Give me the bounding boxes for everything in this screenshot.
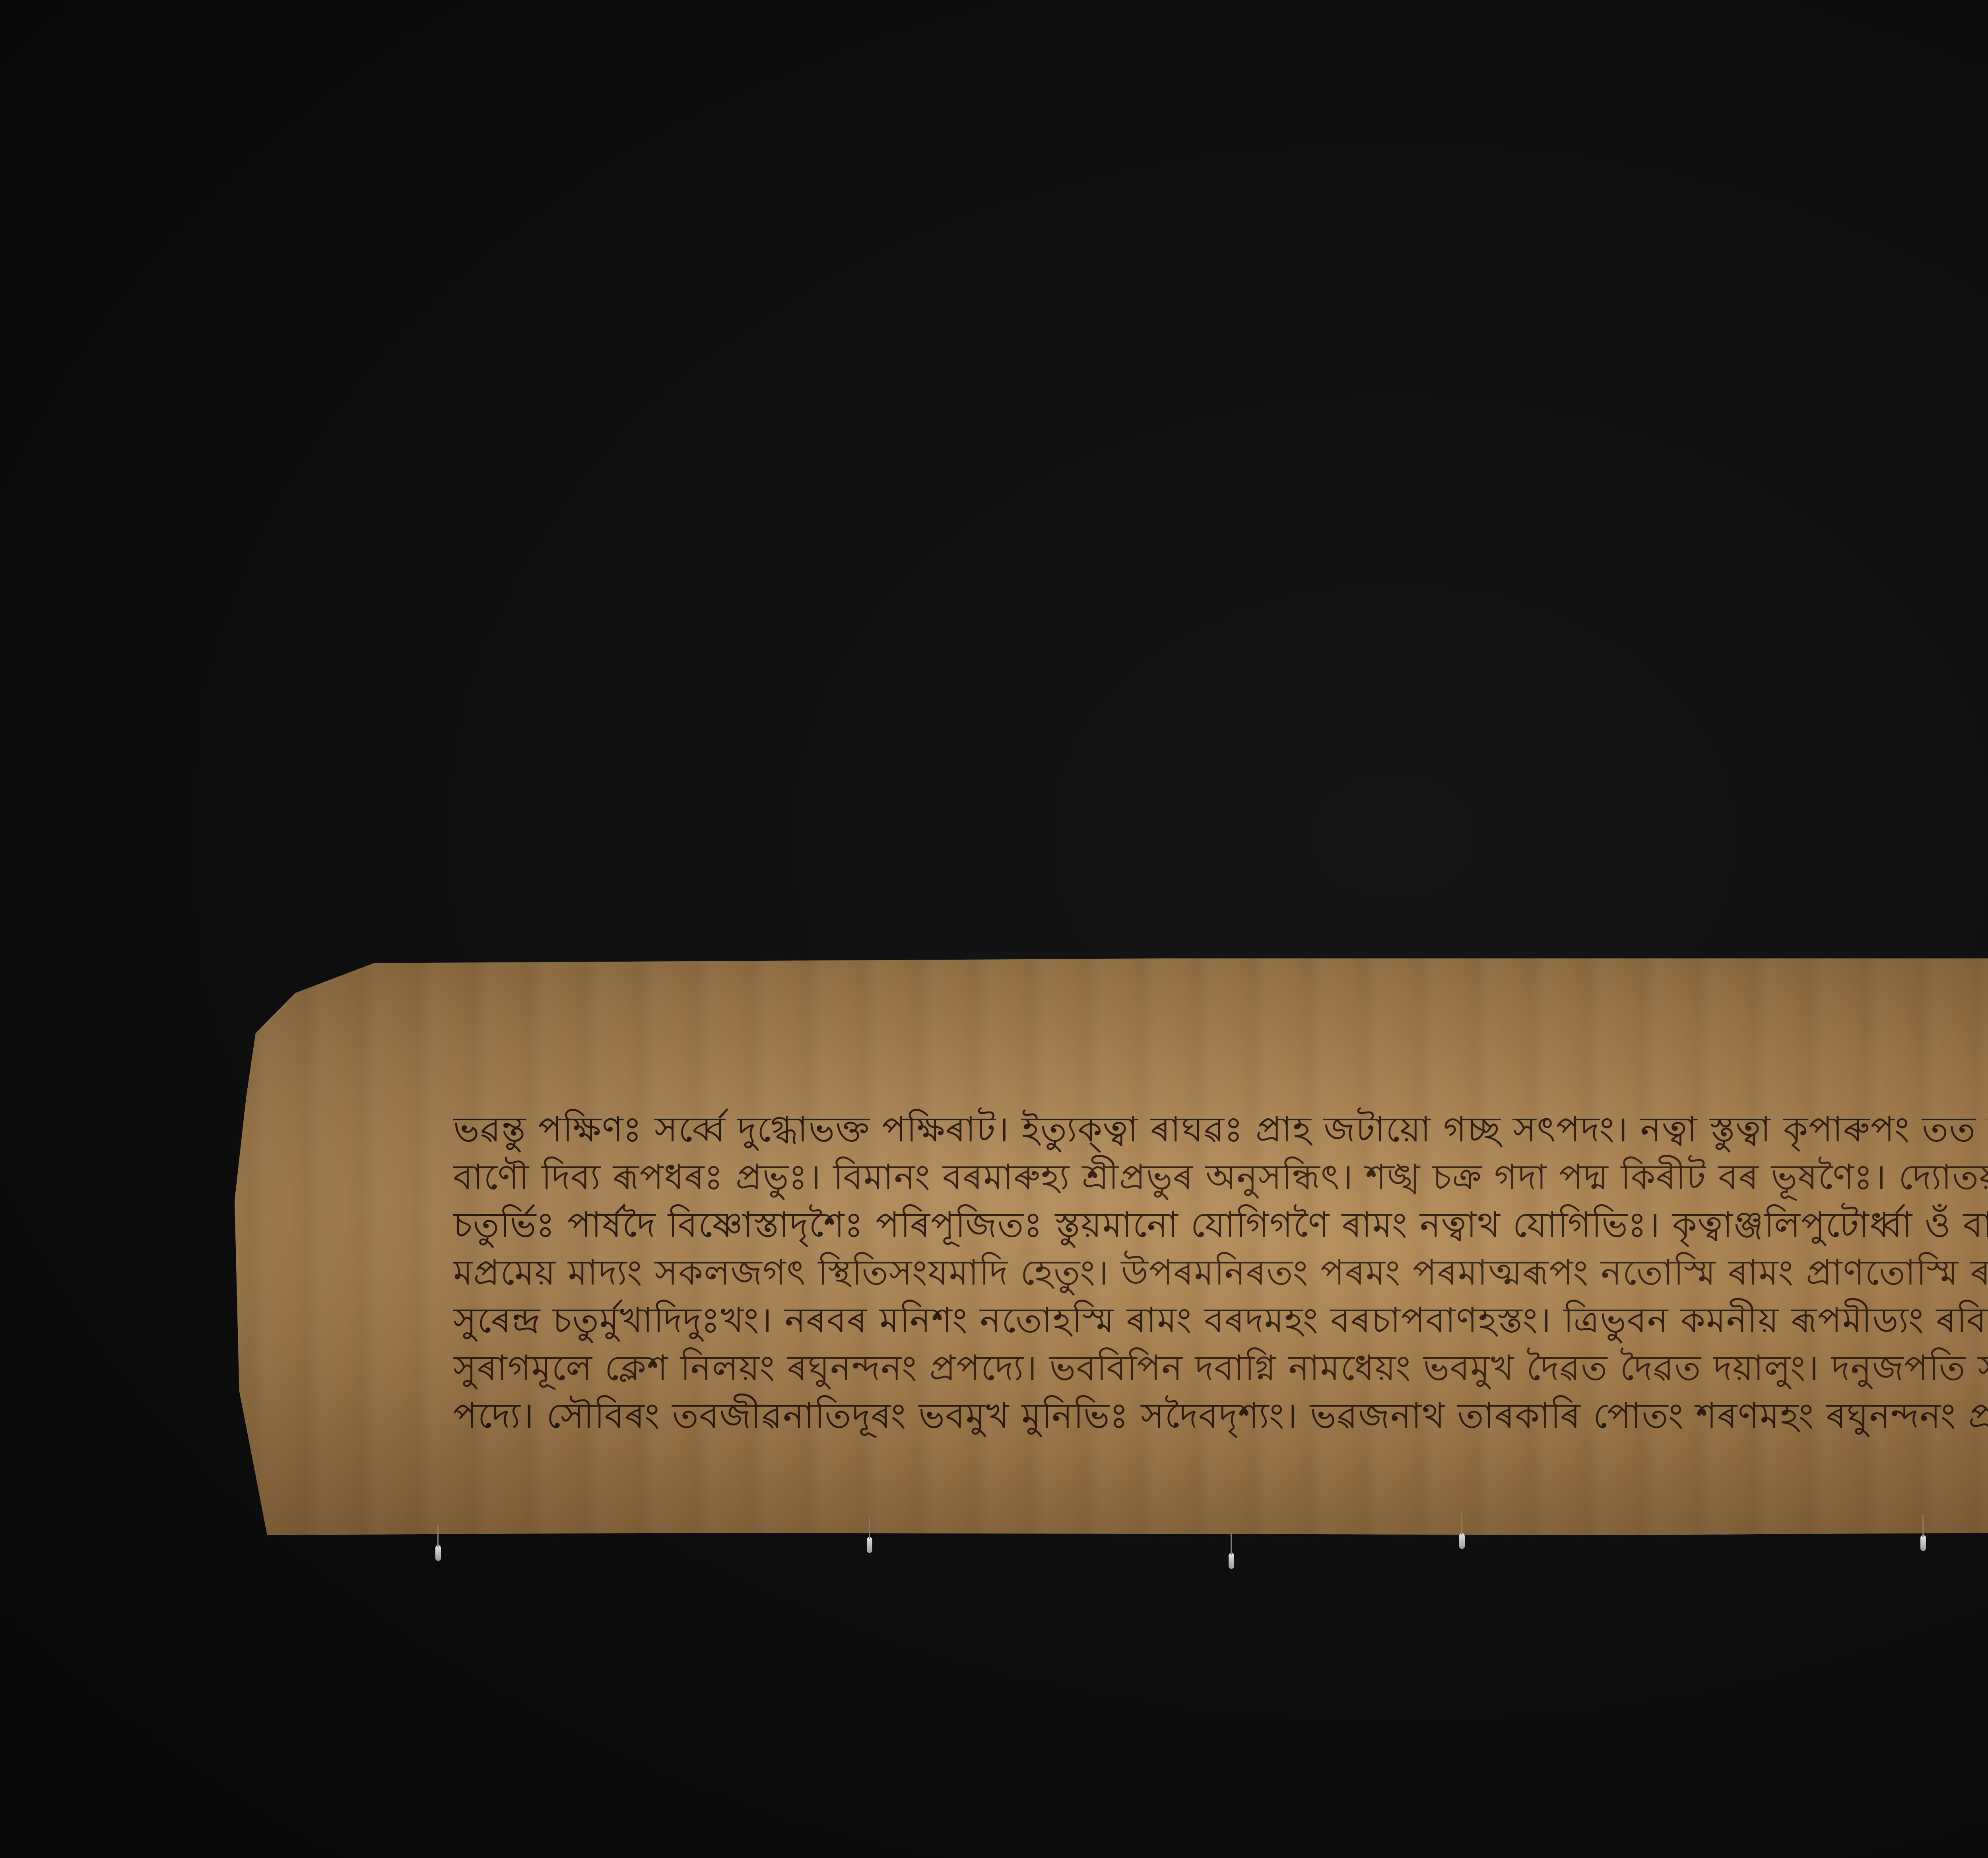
manuscript-line-6: সুৰাগমূলে ক্লেশ নিলয়ং ৰঘুনন্দনং প্ৰপদ্য…: [453, 1344, 1988, 1392]
mounting-pin: [1229, 1553, 1234, 1569]
manuscript-line-4: মপ্ৰমেয় মাদ্যং সকলজগৎ স্থিতিসংযমাদি হেত…: [453, 1249, 1988, 1296]
mounting-pin: [1459, 1533, 1465, 1549]
manuscript-line-7: পদ্যে। সৌবিৰং তবজীৱনাতিদূৰং ভবমুখ মুনিভি…: [453, 1392, 1988, 1440]
manuscript-leaf: ভৱন্তু পক্ষিণঃ সৰ্ব্বে দুগ্ধোভক্ত পক্ষিৰ…: [235, 958, 1988, 1535]
manuscript-line-3: চতুৰ্ভিঃ পাৰ্ষদৈ বিষ্ণোস্তাদৃশৈঃ পৰিপূজি…: [453, 1201, 1988, 1249]
manuscript-text: ভৱন্তু পক্ষিণঃ সৰ্ব্বে দুগ্ধোভক্ত পক্ষিৰ…: [453, 1106, 1988, 1440]
manuscript-line-1: ভৱন্তু পক্ষিণঃ সৰ্ব্বে দুগ্ধোভক্ত পক্ষিৰ…: [453, 1106, 1988, 1153]
mounting-pin: [1920, 1535, 1926, 1551]
mounting-pin: [435, 1545, 441, 1561]
mounting-pin: [867, 1537, 872, 1553]
manuscript-line-5: সুৰেন্দ্ৰ চতুৰ্মুখাদিদুঃখং। নৰবৰ মনিশং ন…: [453, 1296, 1988, 1344]
manuscript-line-2: বাণৌ দিব্য ৰূপধৰঃ প্ৰভুঃ। বিমানং বৰমাৰুহ…: [453, 1153, 1988, 1201]
